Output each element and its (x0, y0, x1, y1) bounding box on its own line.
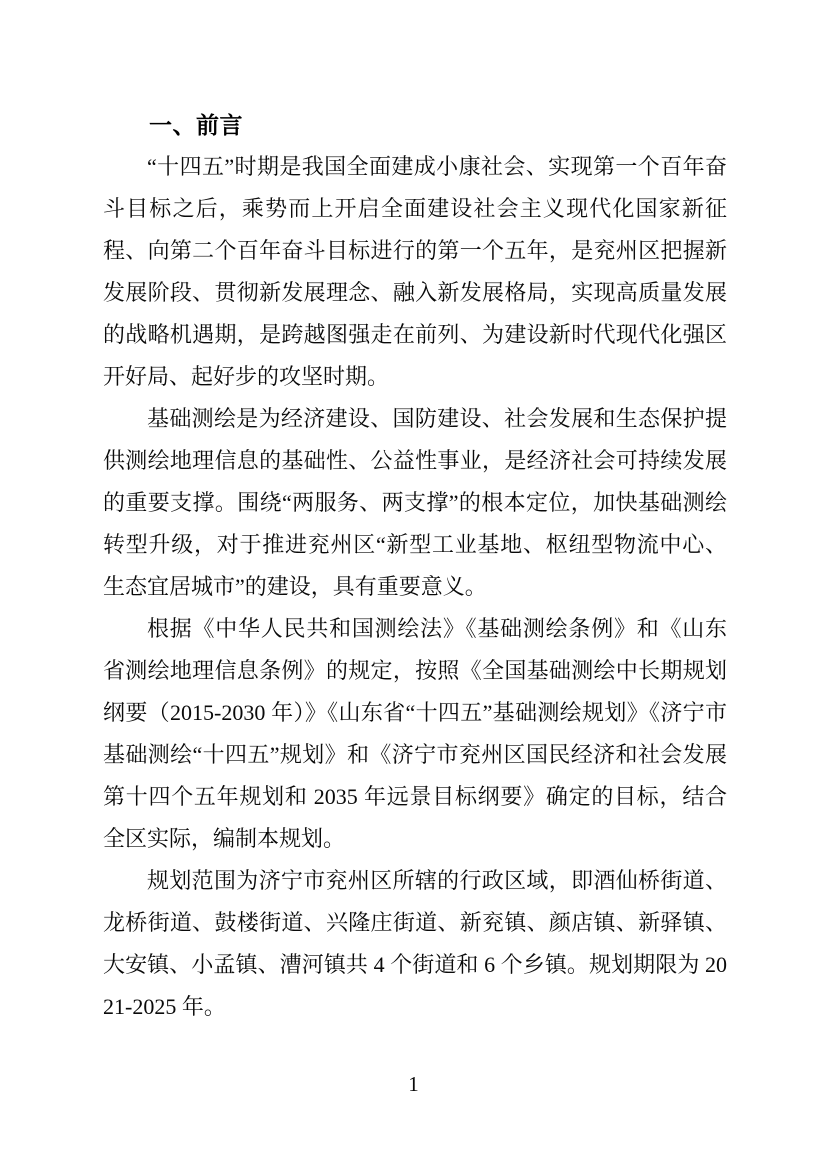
paragraph-2: 基础测绘是为经济建设、国防建设、社会发展和生态保护提供测绘地理信息的基础性、公益… (103, 398, 727, 608)
section-heading: 一、前言 (103, 104, 727, 146)
page-number: 1 (0, 1072, 827, 1096)
text-block: 一、前言 “十四五”时期是我国全面建成小康社会、实现第一个百年奋斗目标之后，乘势… (103, 104, 727, 1028)
paragraph-3: 根据《中华人民共和国测绘法》《基础测绘条例》和《山东省测绘地理信息条例》的规定，… (103, 608, 727, 860)
paragraph-1: “十四五”时期是我国全面建成小康社会、实现第一个百年奋斗目标之后，乘势而上开启全… (103, 146, 727, 398)
document-page: 一、前言 “十四五”时期是我国全面建成小康社会、实现第一个百年奋斗目标之后，乘势… (0, 0, 827, 1169)
paragraph-4: 规划范围为济宁市兖州区所辖的行政区域，即酒仙桥街道、龙桥街道、鼓楼街道、兴隆庄街… (103, 860, 727, 1028)
